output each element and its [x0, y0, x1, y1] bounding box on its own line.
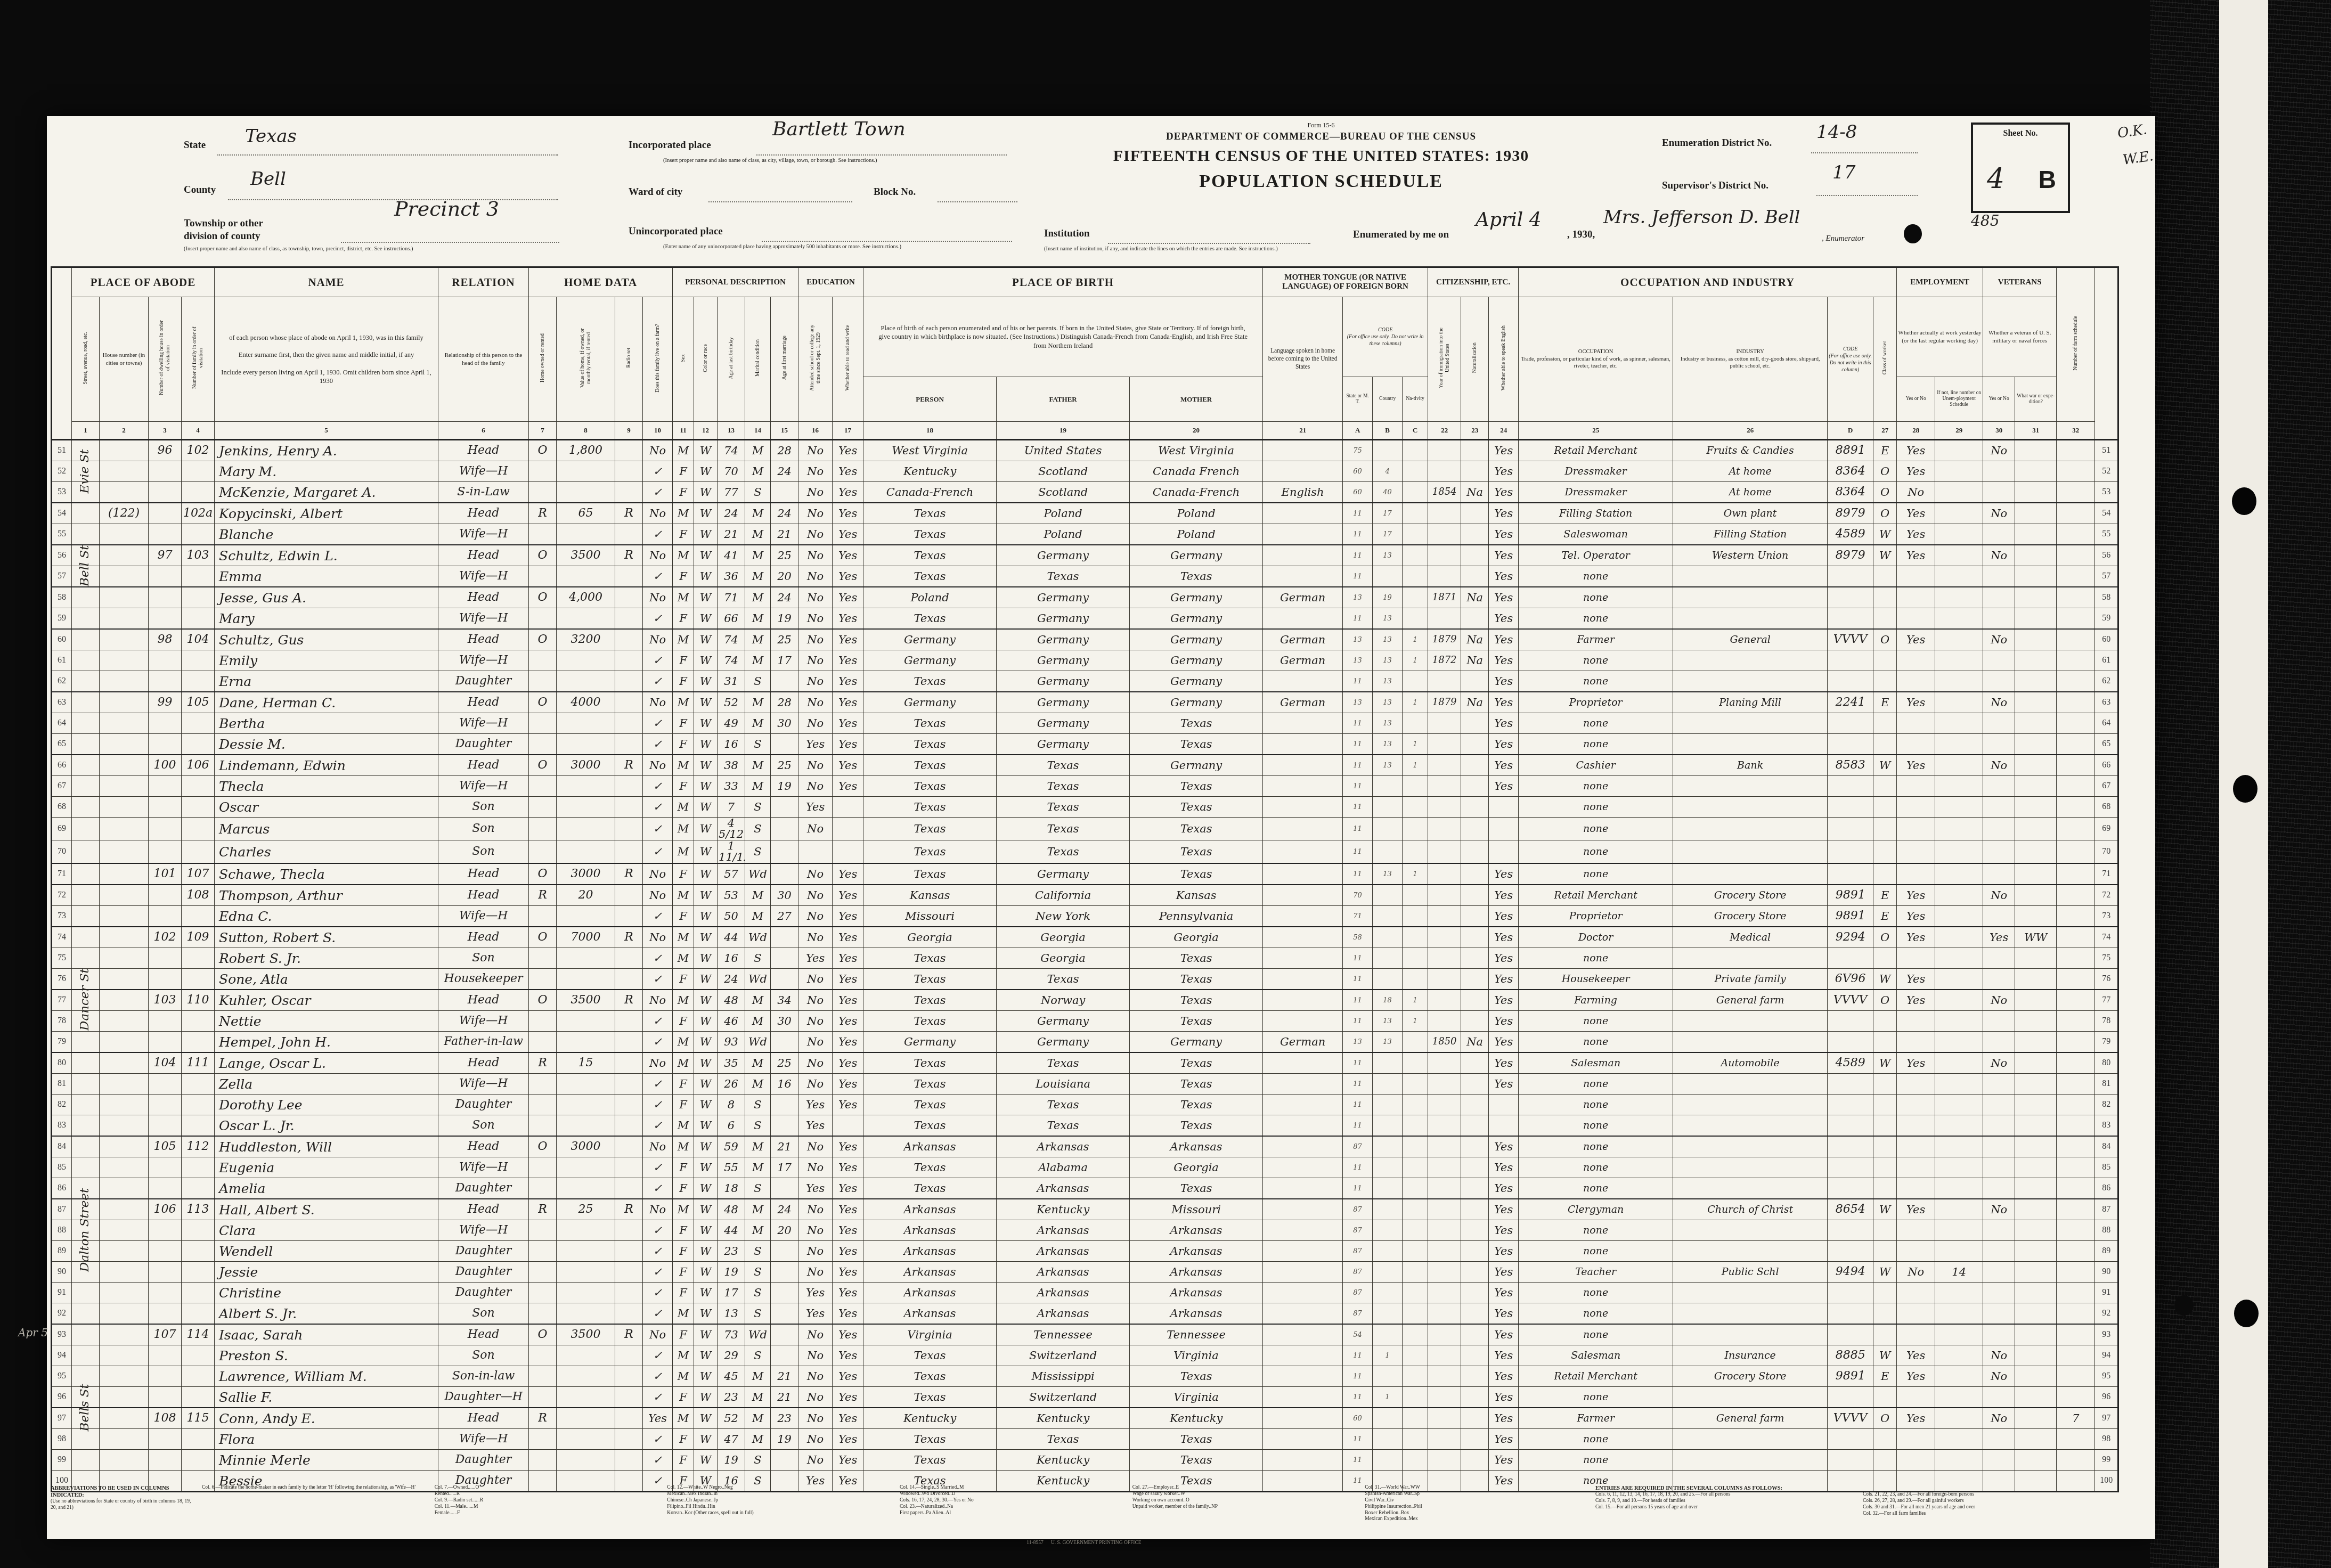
at-work: Yes [1897, 927, 1935, 948]
ink-dot [2174, 1295, 2194, 1316]
column-header: PERSONAL DESCRIPTION [673, 267, 798, 297]
unemployment-line [1935, 969, 1983, 990]
mother-tongue [1263, 1283, 1343, 1303]
veteran [1983, 566, 2015, 587]
age-first-marriage: 30 [771, 885, 798, 906]
age: 18 [718, 1178, 745, 1199]
abbreviation-columns: Col. 6.—Indicate the home-maker in each … [202, 1485, 1588, 1523]
line-number-left: 78 [52, 1011, 72, 1032]
radio-set [615, 734, 643, 755]
line-number-left: 90 [52, 1262, 72, 1283]
name: Mary [215, 608, 438, 630]
unemployment-line [1935, 1283, 1983, 1303]
code-b [1373, 1408, 1403, 1429]
speaks-english: Yes [1489, 461, 1519, 482]
read-write: Yes [833, 1178, 863, 1199]
code-c [1403, 776, 1428, 797]
birthplace-person: Texas [863, 1450, 997, 1471]
sex: F [673, 1324, 694, 1345]
class-of-worker [1873, 1324, 1897, 1345]
code-a: 11 [1343, 566, 1373, 587]
birthplace-father: Arkansas [997, 1303, 1130, 1325]
column-header: Language spoken in home before coming to… [1263, 297, 1343, 422]
block-rule [938, 190, 1017, 202]
unemployment-line [1935, 1178, 1983, 1199]
farm-schedule [2057, 969, 2095, 990]
lives-on-farm: ✓ [643, 524, 673, 545]
mother-tongue [1263, 818, 1343, 840]
sex: F [673, 524, 694, 545]
birthplace-father: Germany [997, 608, 1130, 630]
lives-on-farm: No [643, 1324, 673, 1345]
mother-tongue [1263, 755, 1343, 776]
farm-schedule [2057, 1241, 2095, 1262]
radio-set [615, 482, 643, 503]
dwelling-number [149, 1366, 182, 1387]
street [72, 671, 100, 692]
at-work [1897, 1241, 1935, 1262]
class-of-worker [1873, 1136, 1897, 1157]
code-d: 8979 [1828, 503, 1873, 524]
column-header [52, 267, 72, 440]
dwelling-number [149, 1303, 182, 1325]
marital-condition: S [745, 734, 771, 755]
census-row-99: 99Minnie MerleDaughter✓FW19SNoYesTexasKe… [52, 1450, 2118, 1471]
farm-schedule [2057, 863, 2095, 885]
read-write: Yes [833, 524, 863, 545]
naturalization [1461, 1115, 1489, 1137]
home-value: 1,800 [557, 440, 615, 461]
code-a: 11 [1343, 713, 1373, 734]
dwelling-number [149, 840, 182, 864]
census-row-95: 95Lawrence, William M.Son-in-law✓MW45M21… [52, 1366, 2118, 1387]
code-b [1373, 1157, 1403, 1178]
mother-tongue [1263, 1450, 1343, 1471]
column-header: CODE (For office use only. Do not write … [1343, 297, 1428, 377]
code-a: 11 [1343, 1450, 1373, 1471]
at-work [1897, 1178, 1935, 1199]
dwelling-number: 105 [149, 1136, 182, 1157]
speaks-english: Yes [1489, 503, 1519, 524]
code-d [1828, 797, 1873, 818]
column-header: Whether a veteran of U. S. military or n… [1983, 297, 2057, 377]
house [100, 440, 149, 461]
unemployment-line: 14 [1935, 1262, 1983, 1283]
name: Jenkins, Henry A. [215, 440, 438, 461]
occupation: none [1519, 818, 1673, 840]
owned-rented [529, 840, 557, 864]
at-work: Yes [1897, 545, 1935, 566]
veteran: No [1983, 1052, 2015, 1074]
code-b [1373, 440, 1403, 461]
lives-on-farm: ✓ [643, 1095, 673, 1115]
speaks-english: Yes [1489, 1052, 1519, 1074]
line-number-right: 88 [2095, 1220, 2118, 1241]
war-expedition [2015, 1032, 2057, 1053]
dwelling-number [149, 1115, 182, 1137]
census-row-86: 86AmeliaDaughter✓FW18SYesYesTexasArkansa… [52, 1178, 2118, 1199]
naturalization [1461, 545, 1489, 566]
occupation: none [1519, 1178, 1673, 1199]
dwelling-number: 107 [149, 1324, 182, 1345]
column-header: OCCUPATION AND INDUSTRY [1519, 267, 1897, 297]
family-number [182, 1241, 215, 1262]
farm-schedule [2057, 1387, 2095, 1408]
farm-schedule [2057, 692, 2095, 713]
class-of-worker: O [1873, 461, 1897, 482]
year-immigration [1428, 1199, 1461, 1220]
home-value [557, 948, 615, 969]
code-c [1403, 713, 1428, 734]
occupation: Dressmaker [1519, 461, 1673, 482]
age: 45 [718, 1366, 745, 1387]
unemployment-line [1935, 1115, 1983, 1137]
code-c [1403, 1262, 1428, 1283]
code-c [1403, 1450, 1428, 1471]
color-race: W [694, 587, 718, 608]
sheet-letter: B [2039, 165, 2056, 194]
lives-on-farm: No [643, 885, 673, 906]
street-name-label: Dalton Street [71, 1136, 98, 1324]
house [100, 629, 149, 650]
age: 36 [718, 566, 745, 587]
naturalization: Na [1461, 482, 1489, 503]
mother-tongue: German [1263, 692, 1343, 713]
lives-on-farm: ✓ [643, 461, 673, 482]
family-number [182, 1178, 215, 1199]
war-expedition [2015, 482, 2057, 503]
birthplace-mother: Virginia [1130, 1387, 1263, 1408]
code-a: 11 [1343, 1178, 1373, 1199]
mother-tongue [1263, 1052, 1343, 1074]
veteran [1983, 1095, 2015, 1115]
sex: F [673, 1450, 694, 1471]
birthplace-mother: Texas [1130, 1095, 1263, 1115]
age: 29 [718, 1345, 745, 1366]
name: Hall, Albert S. [215, 1199, 438, 1220]
veteran: No [1983, 545, 2015, 566]
relation: Wife—H [438, 650, 529, 671]
family-number [182, 524, 215, 545]
line-number-right: 51 [2095, 440, 2118, 461]
line-number-right: 93 [2095, 1324, 2118, 1345]
color-race: W [694, 692, 718, 713]
code-d [1828, 671, 1873, 692]
line-number-left: 97 [52, 1408, 72, 1429]
farm-schedule [2057, 948, 2095, 969]
code-c [1403, 969, 1428, 990]
home-value [557, 776, 615, 797]
at-work: No [1897, 482, 1935, 503]
war-expedition [2015, 692, 2057, 713]
line-number-right: 61 [2095, 650, 2118, 671]
census-row-72: 72108Thompson, ArthurHeadR20NoMW53M30NoY… [52, 885, 2118, 906]
birthplace-mother: Texas [1130, 863, 1263, 885]
naturalization [1461, 797, 1489, 818]
age: 16 [718, 948, 745, 969]
year-immigration [1428, 1303, 1461, 1325]
veteran [1983, 713, 2015, 734]
dwelling-number [149, 671, 182, 692]
occupation: none [1519, 650, 1673, 671]
speaks-english [1489, 840, 1519, 864]
veteran: No [1983, 1366, 2015, 1387]
code-a: 11 [1343, 1429, 1373, 1450]
birthplace-father: Germany [997, 545, 1130, 566]
line-number-right: 83 [2095, 1115, 2118, 1137]
house [100, 969, 149, 990]
age: 6 [718, 1115, 745, 1137]
speaks-english: Yes [1489, 863, 1519, 885]
entries-note: Cols. 6, 11, 12, 13, 14, 16, 17, 18, 19,… [1595, 1492, 1850, 1517]
farm-schedule [2057, 1115, 2095, 1137]
war-expedition [2015, 797, 2057, 818]
code-a: 87 [1343, 1303, 1373, 1325]
read-write: Yes [833, 1345, 863, 1366]
age-first-marriage: 28 [771, 440, 798, 461]
speaks-english: Yes [1489, 1408, 1519, 1429]
attended-school: No [798, 482, 833, 503]
at-work [1897, 1450, 1935, 1471]
read-write: Yes [833, 734, 863, 755]
mother-tongue [1263, 885, 1343, 906]
attended-school: No [798, 1408, 833, 1429]
column-header: MOTHER [1130, 377, 1263, 422]
radio-set [615, 1095, 643, 1115]
house [100, 1136, 149, 1157]
birthplace-father: Texas [997, 776, 1130, 797]
census-scan-page: O.K. W.E. Form 15-6 DEPARTMENT OF COMMER… [0, 0, 2331, 1568]
speaks-english: Yes [1489, 1450, 1519, 1471]
at-work [1897, 1095, 1935, 1115]
column-header: Number of dwelling house in order of vis… [149, 297, 182, 422]
attended-school: Yes [798, 797, 833, 818]
line-number-right: 64 [2095, 713, 2118, 734]
enumerator-suffix: , Enumerator [1822, 234, 1864, 243]
street-name-label: Bell St [71, 503, 98, 629]
veteran [1983, 1387, 2015, 1408]
name: Zella [215, 1074, 438, 1095]
attended-school: Yes [798, 948, 833, 969]
read-write: Yes [833, 1324, 863, 1345]
code-c [1403, 1283, 1428, 1303]
birthplace-father: Arkansas [997, 1241, 1130, 1262]
name: Jesse, Gus A. [215, 587, 438, 608]
house [100, 1450, 149, 1471]
farm-schedule [2057, 1324, 2095, 1345]
relation: Head [438, 1052, 529, 1074]
code-c [1403, 1366, 1428, 1387]
relation: Head [438, 863, 529, 885]
owned-rented: O [529, 1324, 557, 1345]
name: Conn, Andy E. [215, 1408, 438, 1429]
code-d [1828, 1283, 1873, 1303]
line-number-left: 79 [52, 1032, 72, 1053]
family-number [182, 734, 215, 755]
industry [1673, 863, 1828, 885]
entries-note: Cols. 21, 22, 23, and 24.—For all foreig… [1863, 1492, 2117, 1517]
war-expedition [2015, 440, 2057, 461]
occupation: none [1519, 1429, 1673, 1450]
birthplace-mother: Texas [1130, 1178, 1263, 1199]
class-of-worker [1873, 1220, 1897, 1241]
line-number-right: 96 [2095, 1387, 2118, 1408]
code-d [1828, 1303, 1873, 1325]
radio-set [615, 692, 643, 713]
sex: F [673, 1074, 694, 1095]
code-c: 1 [1403, 863, 1428, 885]
column-header: 21 [1263, 422, 1343, 440]
year-immigration: 1850 [1428, 1032, 1461, 1053]
line-number-left: 75 [52, 948, 72, 969]
industry: General farm [1673, 1408, 1828, 1429]
age: 46 [718, 1011, 745, 1032]
birthplace-father: Georgia [997, 948, 1130, 969]
census-row-69: 69MarcusSon✓MW4 5/12SNoTexasTexasTexas11… [52, 818, 2118, 840]
punch-hole [2234, 1300, 2259, 1327]
year-immigration [1428, 461, 1461, 482]
unemployment-line [1935, 1157, 1983, 1178]
at-work: Yes [1897, 1345, 1935, 1366]
class-of-worker: O [1873, 1408, 1897, 1429]
line-number-right: 60 [2095, 629, 2118, 650]
line-number-right: 59 [2095, 608, 2118, 630]
code-d: VVVV [1828, 990, 1873, 1011]
line-number-left: 55 [52, 524, 72, 545]
home-value: 3200 [557, 629, 615, 650]
super-district-value: 17 [1832, 162, 1855, 183]
farm-schedule [2057, 1283, 2095, 1303]
family-number [182, 1095, 215, 1115]
birthplace-father: Arkansas [997, 1136, 1130, 1157]
code-b: 13 [1373, 1032, 1403, 1053]
census-row-58: 58Jesse, Gus A.HeadO4,000NoMW71M24NoYesP… [52, 587, 2118, 608]
family-number [182, 818, 215, 840]
war-expedition [2015, 1283, 2057, 1303]
read-write: Yes [833, 1136, 863, 1157]
code-a: 11 [1343, 1157, 1373, 1178]
lives-on-farm: ✓ [643, 1366, 673, 1387]
column-header: 13 [718, 422, 745, 440]
year-immigration [1428, 1074, 1461, 1095]
line-number-left: 71 [52, 863, 72, 885]
birthplace-father: Texas [997, 1052, 1130, 1074]
birthplace-mother: Georgia [1130, 1157, 1263, 1178]
age: 57 [718, 863, 745, 885]
line-number-right: 87 [2095, 1199, 2118, 1220]
code-a: 11 [1343, 671, 1373, 692]
house [100, 1199, 149, 1220]
age-first-marriage: 30 [771, 713, 798, 734]
speaks-english: Yes [1489, 1157, 1519, 1178]
code-c [1403, 927, 1428, 948]
age-first-marriage [771, 818, 798, 840]
line-number-right: 67 [2095, 776, 2118, 797]
dwelling-number [149, 1032, 182, 1053]
occupation: none [1519, 797, 1673, 818]
lives-on-farm: ✓ [643, 948, 673, 969]
code-d: 8891 [1828, 440, 1873, 461]
age: 23 [718, 1241, 745, 1262]
farm-schedule [2057, 818, 2095, 840]
census-row-63: 6399105Dane, Herman C.HeadO4000NoMW52M28… [52, 692, 2118, 713]
code-d: VVVV [1828, 1408, 1873, 1429]
line-number-right: 56 [2095, 545, 2118, 566]
at-work: Yes [1897, 1199, 1935, 1220]
class-of-worker: E [1873, 440, 1897, 461]
sex: F [673, 1241, 694, 1262]
home-value [557, 1366, 615, 1387]
code-a: 87 [1343, 1262, 1373, 1283]
dwelling-number: 100 [149, 755, 182, 776]
lives-on-farm: ✓ [643, 671, 673, 692]
radio-set [615, 1262, 643, 1283]
code-a: 75 [1343, 440, 1373, 461]
naturalization [1461, 1366, 1489, 1387]
year-immigration: 1879 [1428, 692, 1461, 713]
column-header: Color or race [694, 297, 718, 422]
lives-on-farm: No [643, 990, 673, 1011]
dwelling-number [149, 1283, 182, 1303]
age-first-marriage [771, 797, 798, 818]
war-expedition: WW [2015, 927, 2057, 948]
house [100, 1178, 149, 1199]
radio-set [615, 1303, 643, 1325]
read-write: Yes [833, 1241, 863, 1262]
color-race: W [694, 797, 718, 818]
birthplace-person: Arkansas [863, 1303, 997, 1325]
class-of-worker: E [1873, 906, 1897, 927]
birthplace-father: Norway [997, 990, 1130, 1011]
birthplace-mother: Arkansas [1130, 1136, 1263, 1157]
year-immigration [1428, 1366, 1461, 1387]
radio-set [615, 1241, 643, 1262]
code-c [1403, 1345, 1428, 1366]
mother-tongue [1263, 1324, 1343, 1345]
code-b [1373, 1324, 1403, 1345]
birthplace-father: Texas [997, 969, 1130, 990]
line-number-left: 72 [52, 885, 72, 906]
lives-on-farm: ✓ [643, 1115, 673, 1137]
age-first-marriage: 28 [771, 692, 798, 713]
veteran [1983, 1115, 2015, 1137]
occupation: none [1519, 948, 1673, 969]
county-value: Bell [250, 168, 286, 190]
speaks-english: Yes [1489, 524, 1519, 545]
occupation: none [1519, 1324, 1673, 1345]
mother-tongue [1263, 1262, 1343, 1283]
relation: Head [438, 503, 529, 524]
year-immigration [1428, 1011, 1461, 1032]
veteran: No [1983, 692, 2015, 713]
birthplace-mother: Texas [1130, 969, 1263, 990]
name: Dorothy Lee [215, 1095, 438, 1115]
code-a: 11 [1343, 969, 1373, 990]
name: McKenzie, Margaret A. [215, 482, 438, 503]
lives-on-farm: No [643, 927, 673, 948]
family-number: 115 [182, 1408, 215, 1429]
owned-rented [529, 818, 557, 840]
relation: Daughter [438, 1283, 529, 1303]
farm-schedule [2057, 1095, 2095, 1115]
lives-on-farm: No [643, 1052, 673, 1074]
color-race: W [694, 1095, 718, 1115]
farm-schedule [2057, 1220, 2095, 1241]
name: Preston S. [215, 1345, 438, 1366]
line-number-right: 98 [2095, 1429, 2118, 1450]
code-c [1403, 1052, 1428, 1074]
war-expedition [2015, 1408, 2057, 1429]
